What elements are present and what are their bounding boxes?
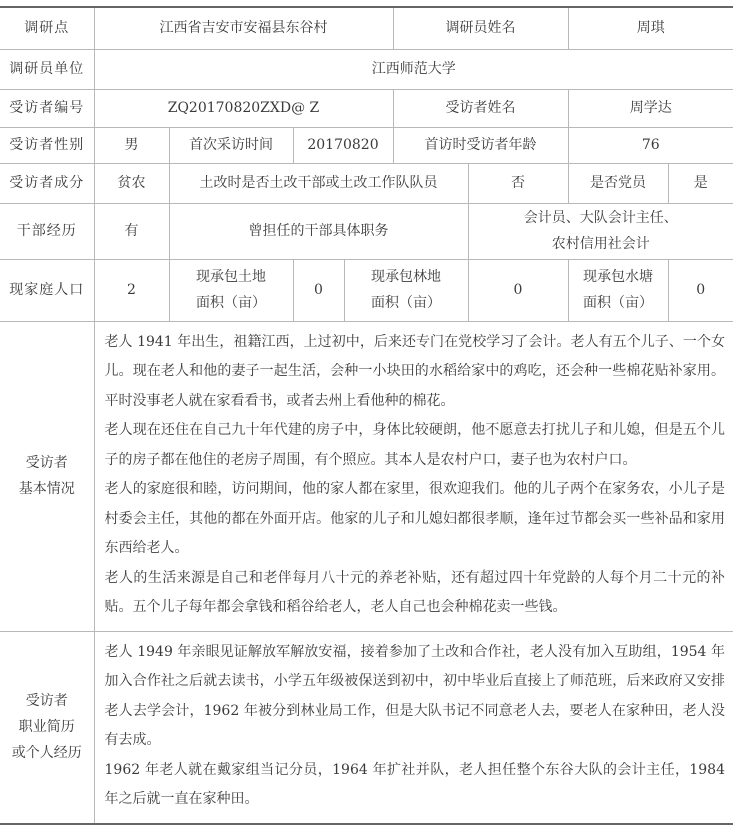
row-researcher-unit: 调研员单位 江西师范大学	[0, 49, 733, 89]
age-value: 76	[568, 127, 733, 163]
basic-info-text: 老人 1941 年出生，祖籍江西，上过初中，后来还专门在党校学习了会计。老人有五…	[94, 321, 733, 631]
gender-label: 受访者性别	[0, 127, 94, 163]
first-visit-value: 20170820	[293, 127, 393, 163]
forest-label: 现承包林地 面积（亩）	[344, 259, 468, 321]
class-label: 受访者成分	[0, 163, 94, 203]
pond-label-line2: 面积（亩）	[573, 290, 664, 316]
survey-site-label: 调研点	[0, 7, 94, 49]
positions-value: 会计员、大队会计主任、 农村信用社会计	[468, 203, 733, 259]
forest-label-line1: 现承包林地	[349, 264, 464, 290]
positions-value-line2: 农村信用社会计	[473, 231, 730, 257]
gender-value: 男	[94, 127, 169, 163]
party-member-label: 是否党员	[568, 163, 668, 203]
career-text: 老人 1949 年亲眼见证解放军解放安福，接着参加了土改和合作社，老人没有加入互…	[94, 631, 733, 785]
career-paragraph: 老人 1949 年亲眼见证解放军解放安福，接着参加了土改和合作社，老人没有加入互…	[105, 638, 726, 756]
land-reform-value: 否	[468, 163, 568, 203]
household-label: 现家庭人口	[0, 259, 94, 321]
interviewee-name-label: 受访者姓名	[393, 89, 568, 127]
career-label-line3: 或个人经历	[4, 740, 90, 766]
basic-info-label-line1: 受访者	[4, 450, 90, 476]
farmland-value: 0	[293, 259, 344, 321]
survey-site-value: 江西省吉安市安福县东谷村	[94, 7, 393, 49]
basic-info-label-line2: 基本情况	[4, 476, 90, 502]
researcher-name-value: 周琪	[568, 7, 733, 49]
row-class-status: 受访者成分 贫农 土改时是否土改干部或土改工作队队员 否 是否党员 是	[0, 163, 733, 203]
basic-info-label: 受访者 基本情况	[0, 321, 94, 631]
researcher-name-label: 调研员姓名	[393, 7, 568, 49]
forest-value: 0	[468, 259, 568, 321]
farmland-label-line2: 面积（亩）	[174, 290, 289, 316]
row-survey-site: 调研点 江西省吉安市安福县东谷村 调研员姓名 周琪	[0, 7, 733, 49]
basic-info-paragraph: 老人现在还住在自己九十年代建的房子中，身体比较硬朗，他不愿意去打扰儿子和儿媳，但…	[105, 416, 726, 475]
cadre-label: 干部经历	[0, 203, 94, 259]
row-gender: 受访者性别 男 首次采访时间 20170820 首访时受访者年龄 76	[0, 127, 733, 163]
positions-label: 曾担任的干部具体职务	[169, 203, 468, 259]
row-career: 受访者 职业简历 或个人经历 老人 1949 年亲眼见证解放军解放安福，接着参加…	[0, 631, 733, 785]
career-paragraph: 1962 年老人就在戴家组当记分员，1964 年扩社并队，老人担任整个东谷大队的…	[105, 756, 726, 786]
pond-value: 0	[668, 259, 733, 321]
land-reform-label: 土改时是否土改干部或土改工作队队员	[169, 163, 468, 203]
forest-label-line2: 面积（亩）	[349, 290, 464, 316]
basic-info-paragraph: 老人的家庭很和睦，访问期间，他的家人都在家里，很欢迎我们。他的儿子两个在家务农，…	[105, 475, 726, 564]
interview-record-table: 调研点 江西省吉安市安福县东谷村 调研员姓名 周琪 调研员单位 江西师范大学 受…	[0, 6, 733, 785]
basic-info-paragraph: 老人的生活来源是自己和老伴每月八十元的养老补贴，还有超过四十年党龄的人每个月二十…	[105, 564, 726, 623]
row-interviewee-id: 受访者编号 ZQ20170820ZXD@ Z 受访者姓名 周学达	[0, 89, 733, 127]
interviewee-id-value: ZQ20170820ZXD@ Z	[94, 89, 393, 127]
row-cadre: 干部经历 有 曾担任的干部具体职务 会计员、大队会计主任、 农村信用社会计	[0, 203, 733, 259]
first-visit-label: 首次采访时间	[169, 127, 293, 163]
row-basic-info: 受访者 基本情况 老人 1941 年出生，祖籍江西，上过初中，后来还专门在党校学…	[0, 321, 733, 631]
career-label-line2: 职业简历	[4, 714, 90, 740]
row-household: 现家庭人口 2 现承包土地 面积（亩） 0 现承包林地 面积（亩） 0 现承包水…	[0, 259, 733, 321]
farmland-label: 现承包土地 面积（亩）	[169, 259, 293, 321]
farmland-label-line1: 现承包土地	[174, 264, 289, 290]
party-member-value: 是	[668, 163, 733, 203]
researcher-unit-label: 调研员单位	[0, 49, 94, 89]
basic-info-paragraph: 老人 1941 年出生，祖籍江西，上过初中，后来还专门在党校学习了会计。老人有五…	[105, 328, 726, 417]
pond-label: 现承包水塘 面积（亩）	[568, 259, 668, 321]
interviewee-name-value: 周学达	[568, 89, 733, 127]
class-value: 贫农	[94, 163, 169, 203]
career-label-line1: 受访者	[4, 688, 90, 714]
interviewee-id-label: 受访者编号	[0, 89, 94, 127]
household-value: 2	[94, 259, 169, 321]
researcher-unit-value: 江西师范大学	[94, 49, 733, 89]
cadre-value: 有	[94, 203, 169, 259]
age-label: 首访时受访者年龄	[393, 127, 568, 163]
career-label: 受访者 职业简历 或个人经历	[0, 631, 94, 785]
pond-label-line1: 现承包水塘	[573, 264, 664, 290]
positions-value-line1: 会计员、大队会计主任、	[473, 205, 730, 231]
